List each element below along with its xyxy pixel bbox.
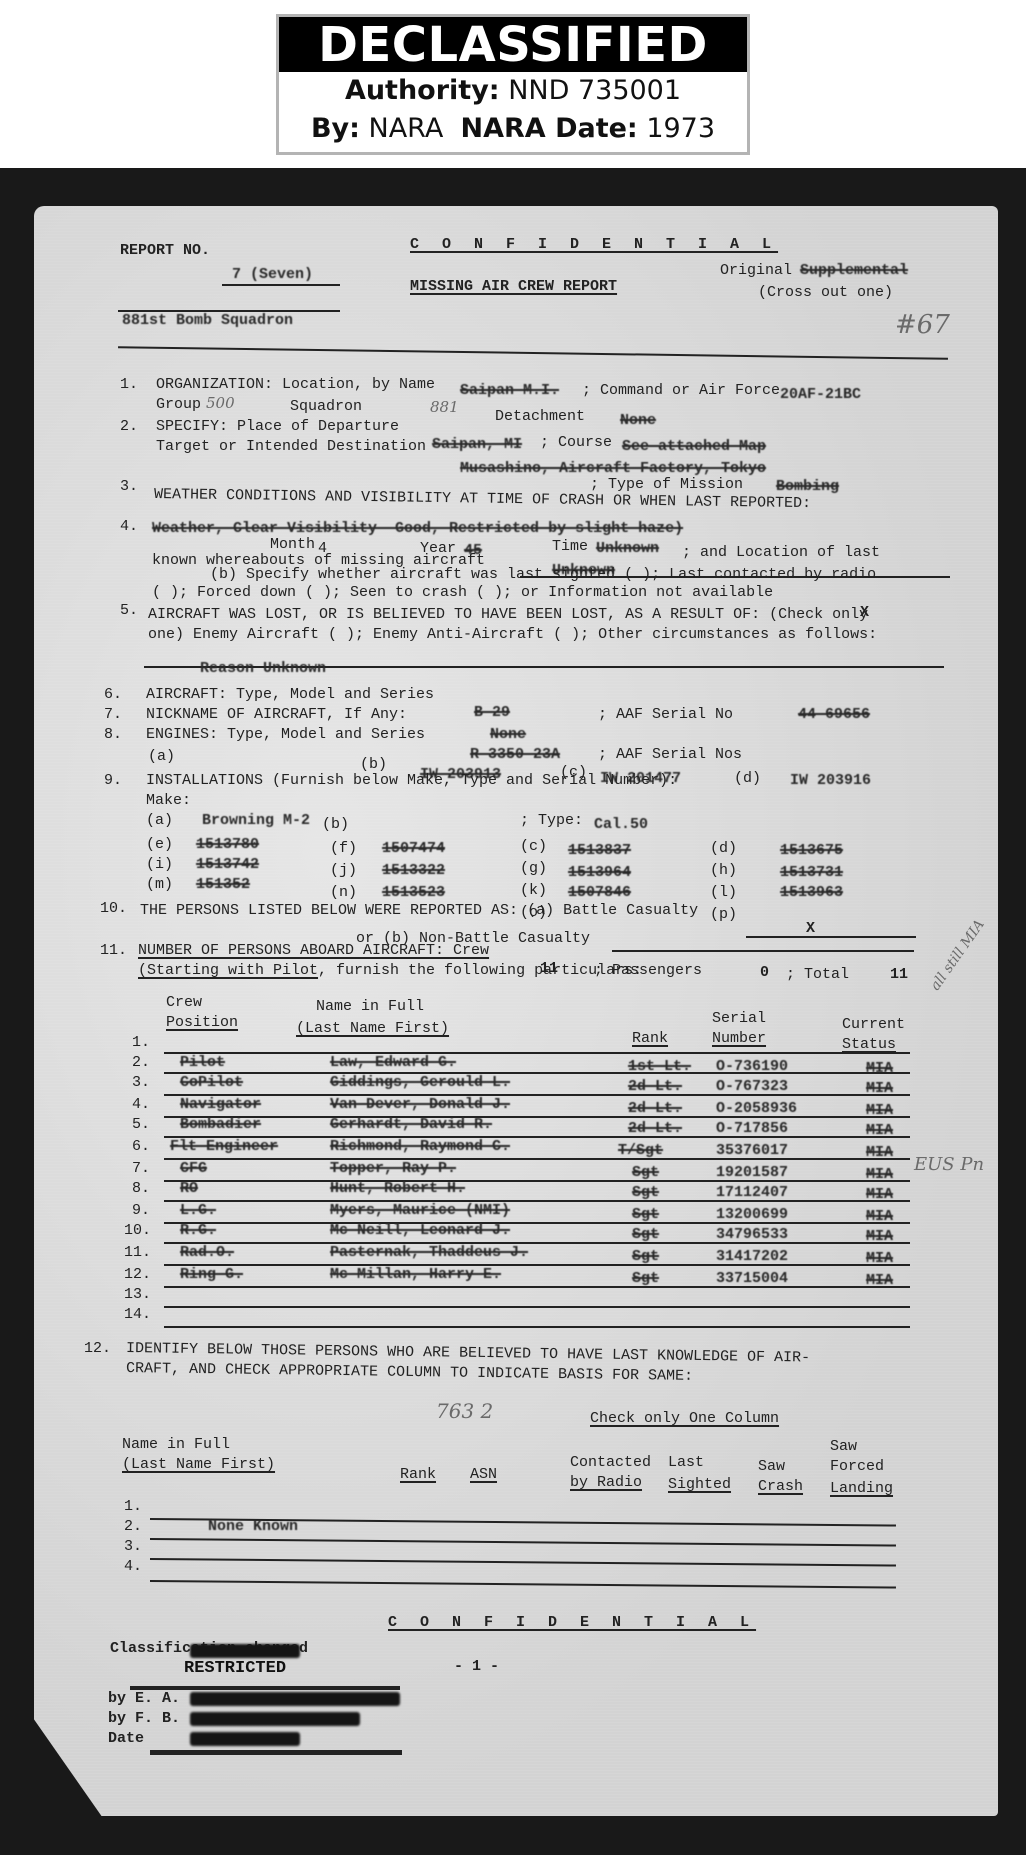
unit-name: 881st Bomb Squadron (122, 312, 293, 330)
gun-serial: 1507846 (568, 884, 631, 902)
casualty-label: THE PERSONS LISTED BELOW WERE REPORTED A… (140, 902, 698, 920)
handwritten-763: 763 2 (436, 1402, 493, 1420)
weather-value: Weather, Clear-Visibility- Good, Restric… (152, 520, 683, 538)
classification-header: C O N F I D E N T I A L (410, 236, 778, 254)
departure-label: SPECIFY: Place of Departure (156, 418, 399, 436)
report-no-value: 7 (Seven) (232, 266, 313, 284)
engines-value: R-3350-23A (470, 746, 560, 764)
aircraft-serial-value: 44-69656 (798, 706, 870, 724)
aircraft-type-value: B-29 (474, 704, 510, 722)
margin-note-67: #67 (895, 316, 950, 334)
margin-note-eus: EUS Pn (914, 1156, 984, 1174)
stamp-by-date: By: NARA NARA Date: 1973 (279, 110, 747, 148)
passenger-count: 0 (760, 964, 769, 982)
stamp-authority: Authority: NND 735001 (279, 72, 747, 110)
col-rank: Rank (400, 1466, 436, 1484)
col-last-sighted: Sighted (668, 1476, 731, 1494)
organization-location: Saipan M.I. (460, 382, 559, 400)
total-count: 11 (890, 966, 908, 984)
page-number: - 1 - (454, 1658, 499, 1676)
col-rank: Rank (632, 1030, 668, 1048)
nickname-value: None (490, 726, 526, 744)
departure-value: Saipan, MI (432, 436, 522, 454)
detachment-value: None (620, 412, 656, 430)
gun-serial: 1513964 (568, 864, 631, 882)
reclass-to: RESTRICTED (184, 1660, 286, 1678)
gun-serial: 1513780 (196, 836, 259, 854)
gun-serial: 1513675 (780, 842, 843, 860)
gun-serial: 1513742 (196, 856, 259, 874)
check-one-column-note: Check only One Column (590, 1410, 779, 1428)
report-no-label: REPORT NO. (120, 242, 210, 260)
organization-label: ORGANIZATION: Location, by Name (156, 376, 435, 394)
original-label: Original (720, 262, 792, 280)
col-serial: Number (712, 1030, 766, 1048)
command-value: 20AF-21BC (780, 386, 861, 404)
gun-type-value: Cal.50 (594, 816, 648, 834)
loss-cause-value: Reason Unknown (200, 660, 326, 678)
group-value: 500 (206, 394, 235, 412)
col-saw-crash: Crash (758, 1478, 803, 1496)
col-saw-forced-landing: Landing (830, 1480, 893, 1498)
col-name-full: (Last Name First) (122, 1456, 275, 1474)
declassified-stamp: DECLASSIFIED Authority: NND 735001 By: N… (276, 14, 750, 155)
time-value: Unknown (596, 540, 659, 558)
loss-cause-label: AIRCRAFT WAS LOST, OR IS BELIEVED TO HAV… (148, 606, 868, 624)
gun-serial: 1507474 (382, 840, 445, 858)
gun-serial: 1513523 (382, 884, 445, 902)
col-asn: ASN (470, 1466, 497, 1484)
col-contacted-by-radio: by Radio (570, 1474, 642, 1492)
stamp-title: DECLASSIFIED (279, 17, 747, 72)
gun-serial: 1513322 (382, 862, 445, 880)
gun-serial: 1513731 (780, 864, 843, 882)
report-title: MISSING AIR CREW REPORT (410, 278, 617, 296)
gun-serial: 1513963 (780, 884, 843, 902)
col-crew-position: Position (166, 1014, 238, 1032)
col-name: (Last Name First) (296, 1020, 449, 1038)
gun-serial: 1513837 (568, 842, 631, 860)
none-known-value: None Known (208, 1518, 298, 1536)
engines-label: ENGINES: Type, Model and Series (146, 726, 425, 744)
installations-label: INSTALLATIONS (Furnish below Make, Type … (146, 772, 677, 790)
classification-footer: C O N F I D E N T I A L (388, 1614, 756, 1632)
cross-out-note: (Cross out one) (758, 284, 893, 302)
gun-make-value: Browning M-2 (202, 812, 310, 830)
course-value: See attached Map (622, 438, 766, 456)
gun-serial: 151352 (196, 876, 250, 894)
mission-value: Bombing (776, 478, 839, 496)
squadron-value: 881 (430, 398, 459, 416)
original-struck: Supplemental (800, 262, 908, 280)
aircraft-type-label: AIRCRAFT: Type, Model and Series (146, 686, 434, 704)
engine-d-serial: IW 203916 (790, 772, 871, 790)
nickname-label: NICKNAME OF AIRCRAFT, If Any: (146, 706, 407, 724)
persons-aboard-label: NUMBER OF PERSONS ABOARD AIRCRAFT: Crew (138, 942, 489, 960)
